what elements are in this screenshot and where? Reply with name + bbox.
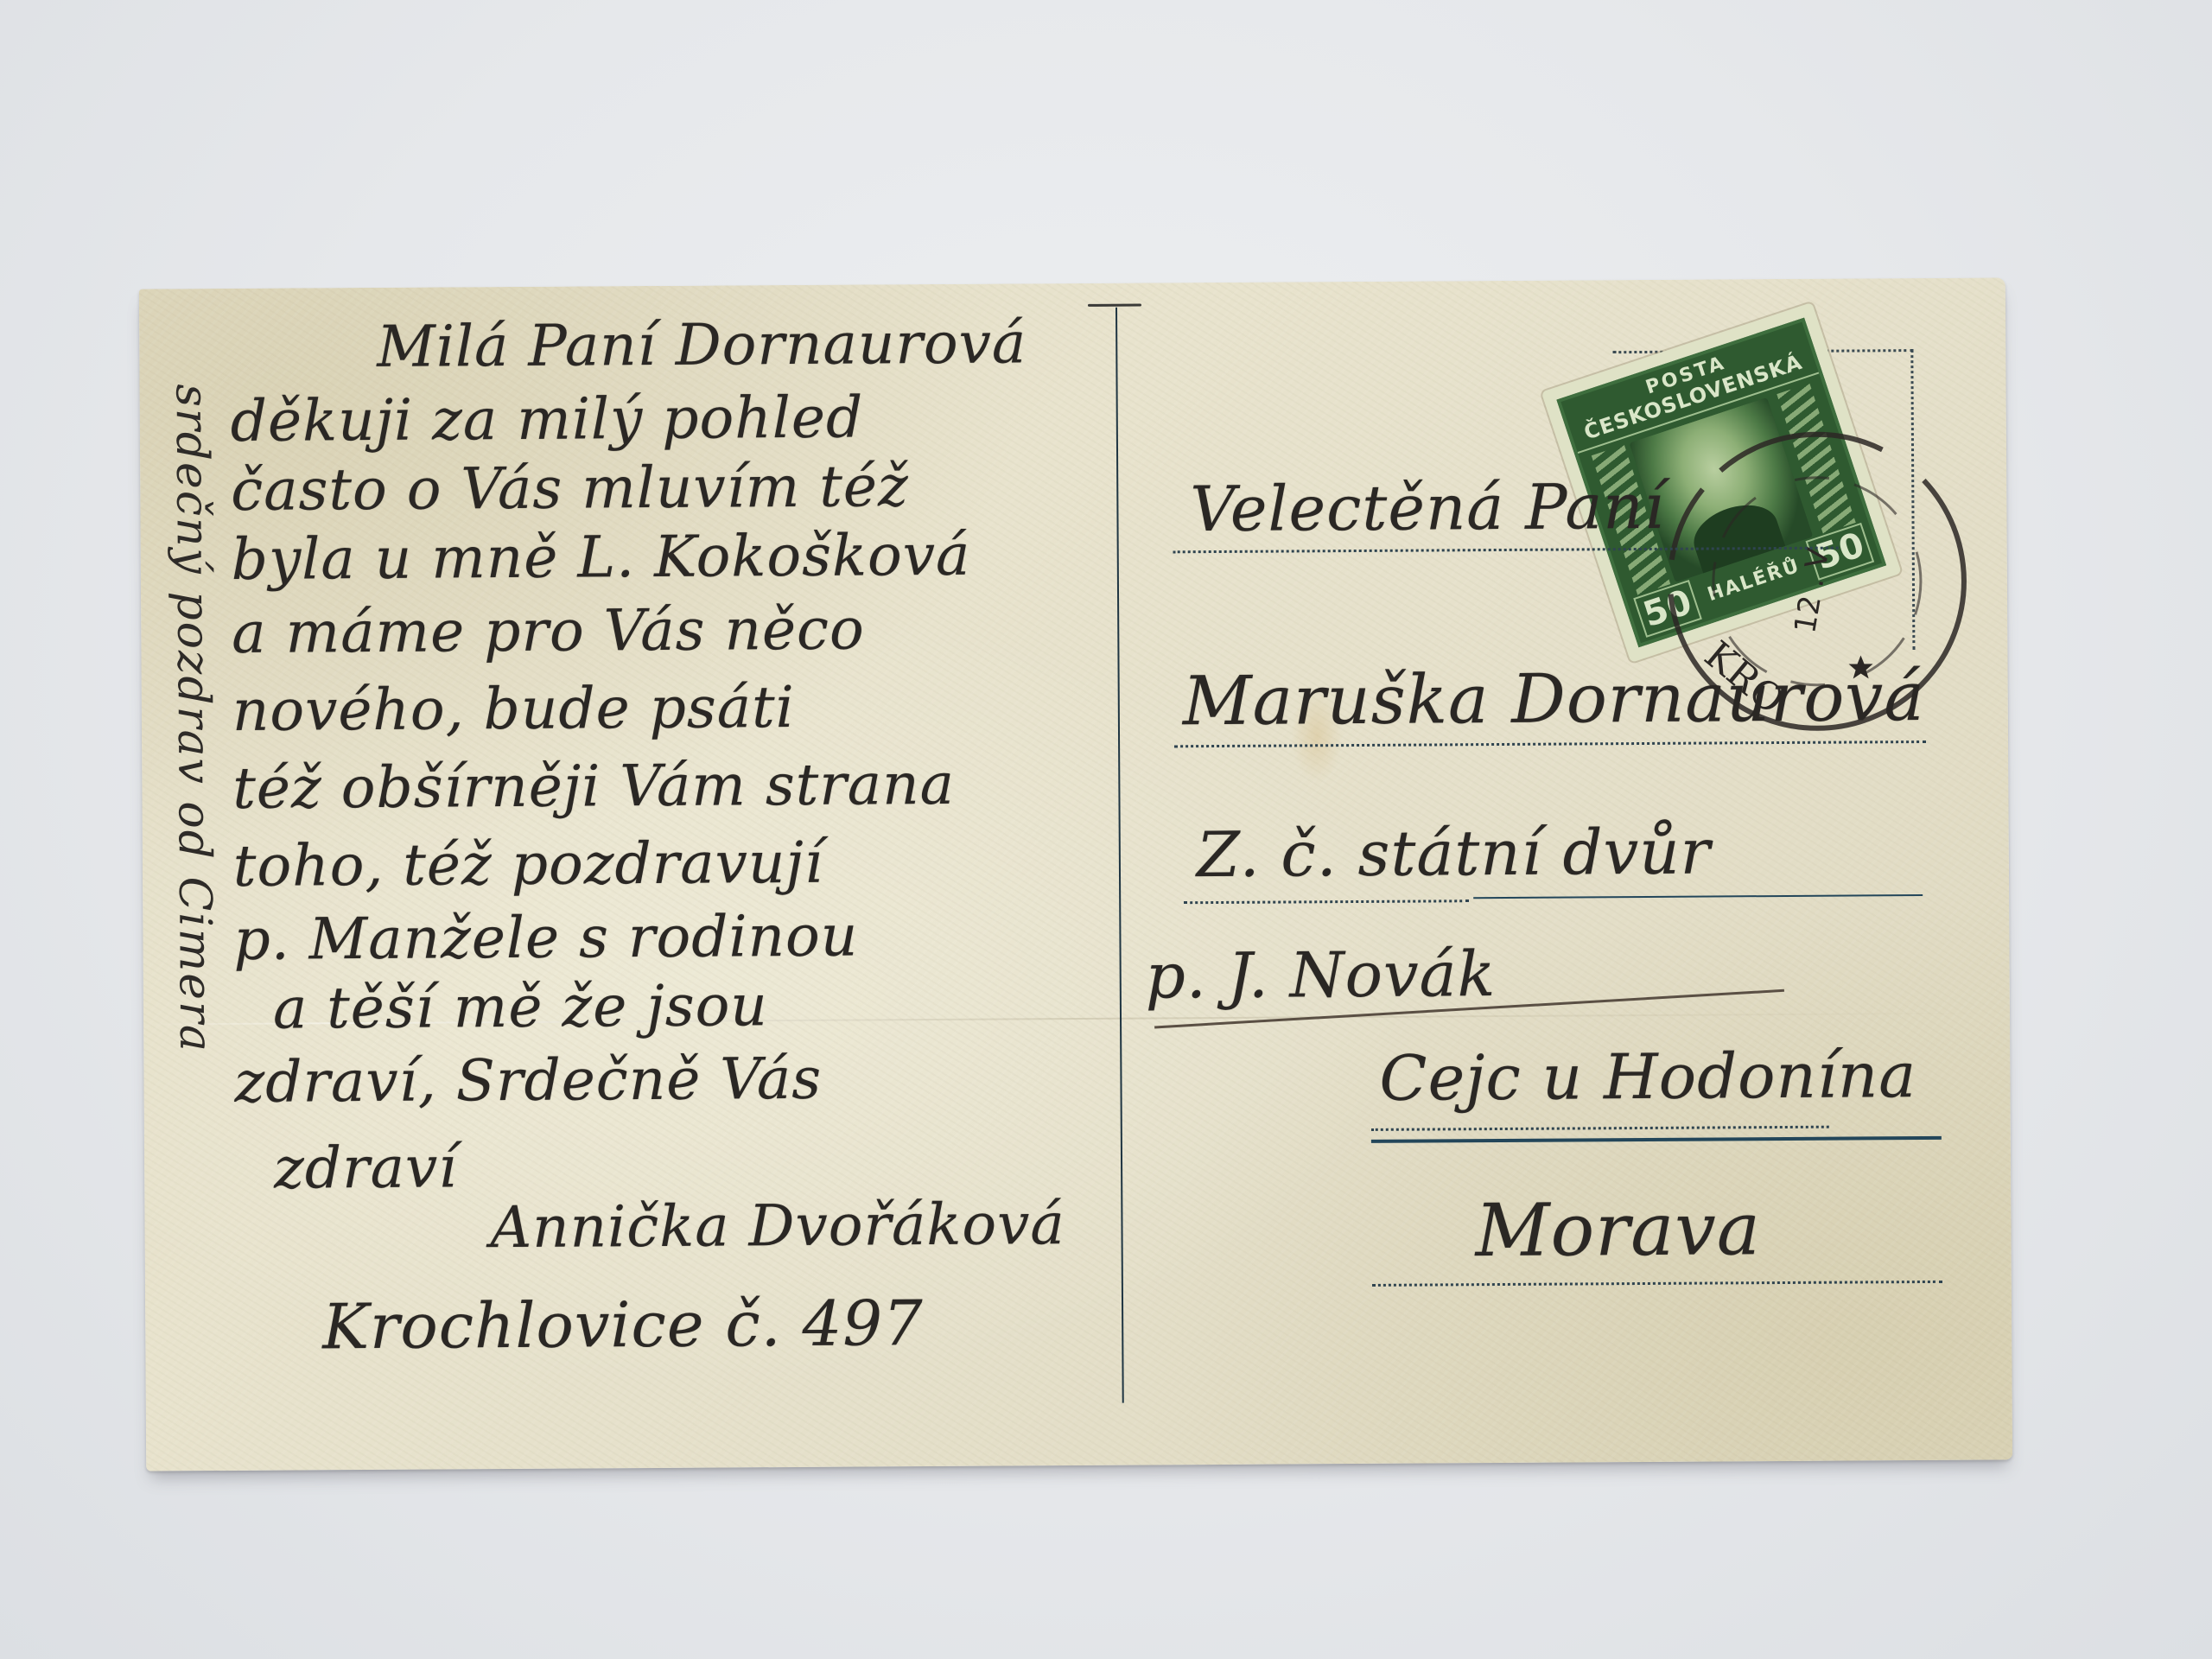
address-line-salutation: Velectěná Paní (1190, 470, 1665, 545)
address-line-estate: Z. č. státní dvůr (1197, 816, 1712, 892)
address-line-region: Morava (1475, 1186, 1761, 1273)
sender-address: Krochlovice č. 497 (322, 1287, 924, 1363)
message-line: a těší mě že jsou (273, 972, 768, 1041)
message-line: toho, též pozdravují (233, 829, 824, 899)
message-line: zdraví (274, 1134, 458, 1201)
center-divider (1116, 308, 1124, 1403)
address-guide-line (1372, 1281, 1942, 1287)
signature: Annička Dvořáková (490, 1191, 1065, 1261)
message-line: nového, bude psáti (232, 674, 795, 744)
message-line: byla u mně L. Kokošková (232, 522, 971, 593)
address-guide-line (1371, 1136, 1942, 1143)
address-guide-line (1371, 1126, 1829, 1131)
divider-cap (1088, 304, 1141, 307)
postmark-date: 12 . V (1788, 545, 1836, 635)
address-line-town: Cejc u Hodonína (1379, 1039, 1916, 1115)
address-line-care-of: p. J. Novák (1145, 938, 1496, 1012)
message-line: často o Vás mluvím též (231, 453, 909, 524)
message-line-salutation: Milá Paní Dornaurová (377, 309, 1027, 380)
address-line-name: Maruška Dornaurová (1183, 658, 1926, 741)
margin-note: srdečný pozdrav od Cimera (166, 384, 222, 1053)
message-line: zdraví, Srdečně Vás (234, 1046, 822, 1116)
message-line: děkuji za milý pohled (231, 384, 864, 454)
address-guide-line (1184, 899, 1469, 904)
postcard: srdečný pozdrav od Cimera Milá Paní Dorn… (139, 277, 2012, 1471)
message-line: a máme pro Vás něco (232, 595, 865, 665)
message-line: p. Manžele s rodinou (233, 903, 858, 973)
message-line: též obšírněji Vám strana (232, 751, 955, 822)
address-guide-line (1473, 894, 1923, 899)
